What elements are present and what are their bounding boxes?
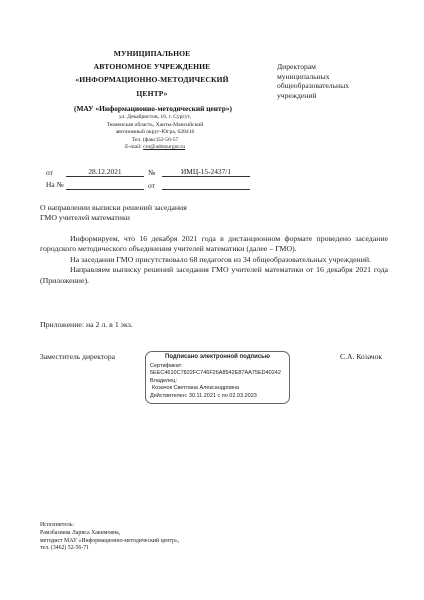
number-label: № — [148, 168, 155, 177]
recipient-block: Директорам муниципальных общеобразовател… — [277, 62, 407, 100]
owner-label: Владелец: — [150, 378, 285, 386]
letter-body: Информируем, что 16 декабря 2021 года в … — [40, 234, 388, 286]
recipient-line: общеобразовательных — [277, 81, 407, 91]
appendix-note: Приложение: на 2 л. в 1 экз. — [40, 320, 133, 329]
reply-date-label: от — [148, 181, 155, 190]
body-paragraph: Информируем, что 16 декабря 2021 года в … — [40, 234, 388, 255]
executor-block: Исполнитель: Рамзбазиева Лариса Хакимовн… — [40, 522, 179, 553]
org-name-line: «ИНФОРМАЦИОННО-МЕТОДИЧЕСКИЙ — [42, 73, 262, 86]
organization-name: МУНИЦИПАЛЬНОЕ АВТОНОМНОЕ УЧРЕЖДЕНИЕ «ИНФ… — [42, 47, 262, 100]
document-date: 28.12.2021 — [66, 167, 144, 176]
executor-label: Исполнитель: — [40, 522, 179, 530]
document-number: ИМЦ-15-2437/1 — [162, 167, 250, 176]
signer-name: С.А. Козачок — [340, 352, 382, 361]
email-line: E-mail: cro@admsurgut.ru — [60, 144, 250, 152]
executor-name: Рамзбазиева Лариса Хакимовна, — [40, 530, 179, 538]
org-name-line: МУНИЦИПАЛЬНОЕ — [42, 47, 262, 60]
reply-number-label: На № — [46, 180, 64, 189]
signer-position: Заместитель директора — [40, 352, 115, 361]
date-underline — [66, 176, 144, 177]
org-address: ул. Декабристов, 16, г. Сургут, Тюменска… — [60, 114, 250, 152]
certificate-number: 5EEC4610C7822FC746F26A8542E87AA75ED40242 — [150, 370, 285, 378]
org-name-line: ЦЕНТР» — [42, 87, 262, 100]
electronic-signature-stamp: Подписано электронной подписью Сертифика… — [145, 351, 290, 404]
org-short-name: (МАУ «Информационно-методический центр») — [40, 104, 266, 114]
recipient-line: муниципальных — [277, 72, 407, 82]
email-link[interactable]: cro@admsurgut.ru — [143, 144, 185, 150]
org-name-line: АВТОНОМНОЕ УЧРЕЖДЕНИЕ — [42, 60, 262, 73]
address-line: автономный округ-Югра, 628416 — [60, 129, 250, 137]
date-label: от — [46, 168, 53, 177]
stamp-title: Подписано электронной подписью — [150, 354, 285, 362]
subject-line: ГМО учителей математики — [40, 213, 187, 223]
recipient-line: Директорам — [277, 62, 407, 72]
email-label: E-mail: — [125, 144, 143, 150]
recipient-line: учреждений — [277, 91, 407, 101]
subject-line: О направлении выписки решений заседания — [40, 203, 187, 213]
validity-period: Действителен: 30.11.2021 с по 02.03.2023 — [150, 393, 285, 401]
body-paragraph: На заседании ГМО присутствовало 68 педаг… — [40, 255, 388, 265]
owner-name: Козачок Светлана Александровна — [150, 385, 285, 393]
letter-subject: О направлении выписки решений заседания … — [40, 203, 187, 223]
number-underline — [162, 176, 250, 177]
reply-date-underline — [162, 189, 250, 190]
executor-phone: тел. (3462) 52-56-71 — [40, 545, 179, 553]
address-line: Тел. (факс)52-56-57 — [60, 137, 250, 145]
certificate-label: Сертификат: — [150, 363, 285, 371]
address-line: ул. Декабристов, 16, г. Сургут, — [60, 114, 250, 122]
reply-number-underline — [66, 189, 144, 190]
body-paragraph: Направляем выписку решений заседания ГМО… — [40, 265, 388, 286]
